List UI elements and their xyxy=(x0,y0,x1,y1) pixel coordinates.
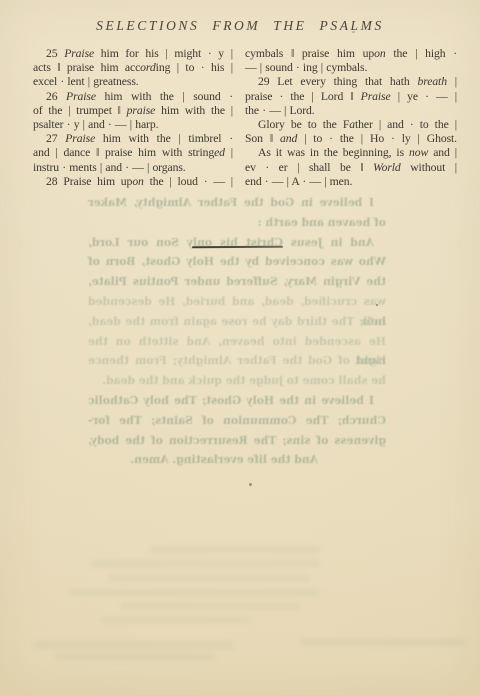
showthrough-line: the Virgin Mary, Suffered under Pontius … xyxy=(88,272,386,292)
verse-line: excel · lent | greatness. xyxy=(33,75,233,89)
verse-line: praise · the | Lord ‖ Praise | ye · — | xyxy=(245,90,457,104)
verse-line: As it was in the beginning, is now and | xyxy=(245,146,457,160)
showthrough-smudge xyxy=(35,641,235,649)
showthrough-line: giveness of sins; The Resurrection of th… xyxy=(88,431,386,451)
verse-line: 28 Praise him upon the | loud · — | xyxy=(33,175,233,189)
left-column: 25 Praise him for his | might · y |acts … xyxy=(33,47,233,189)
paper-speck xyxy=(249,483,252,486)
showthrough-line: Church; The Communion of Saints; The for… xyxy=(88,411,386,431)
verse-line: — | sound · ing | cymbals. xyxy=(245,61,457,75)
verse-line: instru · ments | and · — | organs. xyxy=(33,161,233,175)
verse-line: of the | trumpet ‖ praise him with the | xyxy=(33,104,233,118)
paper-speck xyxy=(352,31,355,33)
showthrough-smudge xyxy=(70,589,320,596)
showthrough-line: he shall come to judge the quick and the… xyxy=(88,371,386,391)
showthrough-smudge xyxy=(100,617,250,623)
showthrough-line: hell; The third day he rose again from t… xyxy=(88,312,386,332)
verse-line: and | dance ‖ praise him with stringed | xyxy=(33,146,233,160)
showthrough-line: hand of God the Father Almighty; From th… xyxy=(88,351,386,371)
book-page: SELECTIONS FROM THE PSALMS 25 Praise him… xyxy=(0,0,480,696)
showthrough-smudge xyxy=(55,653,215,660)
showthrough-smudge xyxy=(90,560,320,567)
verse-line: acts ‖ praise him according | to · his | xyxy=(33,61,233,75)
showthrough-smudge xyxy=(120,603,300,609)
verse-line: 26 Praise him with the | sound · xyxy=(33,90,233,104)
showthrough-line: I believe in God the Father Almighty, Ma… xyxy=(88,193,386,213)
showthrough-line: And in Jesus Christ his only Son our Lor… xyxy=(88,233,386,253)
showthrough-line: He ascended into heaven, And sitteth on … xyxy=(88,332,386,352)
psalm-columns: 25 Praise him for his | might · y |acts … xyxy=(33,47,457,189)
verse-line: 29 Let every thing that hath breath | xyxy=(245,75,457,89)
verse-line: end · — | A · — | men. xyxy=(245,175,457,189)
showthrough-line: Who was conceived by the Holy Ghost, Bor… xyxy=(88,252,386,272)
verse-line: psalter · y | and · — | harp. xyxy=(33,118,233,132)
verse-line: ev · er | shall be ‖ World without | xyxy=(245,161,457,175)
showthrough-text-block: I believe in God the Father Almighty, Ma… xyxy=(88,191,386,470)
showthrough-line: And the life everlasting. Amen. xyxy=(88,450,386,470)
verse-line: the · — | Lord. xyxy=(245,104,457,118)
verse-line: Son ‖ and | to · the | Ho · ly | Ghost. xyxy=(245,132,457,146)
verse-line: cymbals ‖ praise him upon the | high · xyxy=(245,47,457,61)
paper-speck xyxy=(376,304,378,306)
verse-line: Glory be to the Father | and · to the | xyxy=(245,118,457,132)
right-column: cymbals ‖ praise him upon the | high ·— … xyxy=(245,47,457,189)
verse-line: 25 Praise him for his | might · y | xyxy=(33,47,233,61)
page-title: SELECTIONS FROM THE PSALMS xyxy=(0,18,480,34)
showthrough-line: I believe in the Holy Ghost; The holy Ca… xyxy=(88,391,386,411)
showthrough-smudge xyxy=(150,546,320,553)
showthrough-smudge xyxy=(300,638,465,646)
showthrough-line: of heaven and earth : xyxy=(88,213,386,233)
verse-line: 27 Praise him with the | timbrel · xyxy=(33,132,233,146)
showthrough-line: was crucified, dead, and buried, He desc… xyxy=(88,292,386,312)
showthrough-smudge xyxy=(110,575,310,581)
